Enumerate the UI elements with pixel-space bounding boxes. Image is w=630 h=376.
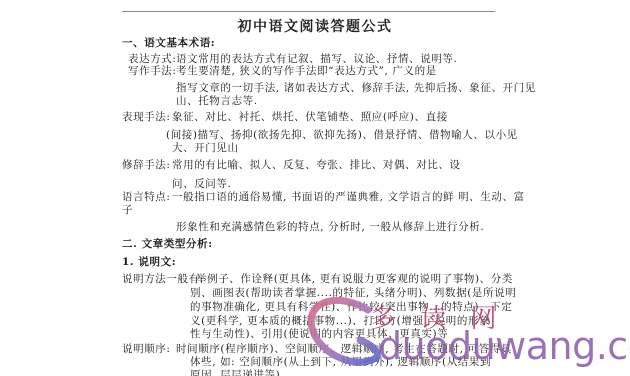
term-text: 山、托物言志等. xyxy=(176,94,258,108)
term-text: 义(更科学, 更本质的概括事物...)、打比方(增强了说明的形象 xyxy=(190,314,490,328)
term-text: 原因, 层层递进等). xyxy=(190,368,284,376)
term-text: 的事物准确化, 更具有科学性)、作比较(突出事物...的特点)、下定 xyxy=(190,300,512,314)
term-text: 举例子、作诠释(更具体, 更有说服力更客观的说明了事物)、分类 xyxy=(196,272,513,286)
term-label: 写作手法: xyxy=(128,64,177,78)
document-page: 初中语文阅读答题公式 一、语文基本术语: 表达方式: 语文常用的表达方式有记叙、… xyxy=(0,0,630,376)
term-text: 形象性和充满感情色彩的特点, 分析时, 一般从修辞上进行分析. xyxy=(176,220,484,234)
term-text: 子 xyxy=(122,203,133,217)
term-label: 修辞手法: xyxy=(122,158,171,172)
term-text: 指写文章的一切手法, 诸如表达方式、修辞手法, 先抑后扬、象征、开门见 xyxy=(176,81,536,95)
term-text: (间接)描写、扬抑(欲扬先抑、欲抑先扬)、借景抒情、借物喻人、以小见 xyxy=(166,128,518,142)
term-label: 说明顺序: xyxy=(122,342,171,356)
subsection1-heading: 1. 说明文: xyxy=(122,255,176,269)
term-text: 大、开门见山 xyxy=(172,141,239,155)
term-text: 体些, 如: 空间顺序(从上到下, 从里到外), 逻辑顺序(从结果到 xyxy=(190,355,491,369)
term-text: 别、画图表(帮助读者掌握....的特征, 头绪分明)、列数据(是所说明 xyxy=(190,286,516,300)
term-label: 表现手法: xyxy=(122,110,171,124)
term-text: 问、反问等. xyxy=(172,177,231,191)
section2-heading: 二. 文章类型分析: xyxy=(122,237,213,251)
term-text: 考生要清楚, 狭义的写作手法即“表达方式”, 广义的是 xyxy=(176,64,437,78)
header-rule xyxy=(122,11,495,12)
section1-heading: 一、语文基本术语: xyxy=(122,36,215,50)
term-label: 语言特点: xyxy=(122,190,171,204)
term-text: 象征、对比、衬托、烘托、伏笔铺垫、照应(呼应)、直接 xyxy=(172,110,448,124)
term-text: 一般指口语的通俗易懂, 书面语的严谨典雅, 文学语言的鲜 明、生动、富 xyxy=(172,190,525,204)
term-text: 常用的有比喻、拟人、反复、夸张、排比、对偶、对比、设 xyxy=(172,158,461,172)
term-text: 性与生动性)、引用(使说明的内容更具体、更真实)等 xyxy=(190,327,448,341)
document-title: 初中语文阅读答题公式 xyxy=(0,16,630,36)
term-text: 时间顺序(程序顺序)、空间顺序、逻辑顺序, 考生在答题时, 可答得具 xyxy=(176,342,512,356)
term-label: 说明方法一般有: xyxy=(122,272,204,286)
